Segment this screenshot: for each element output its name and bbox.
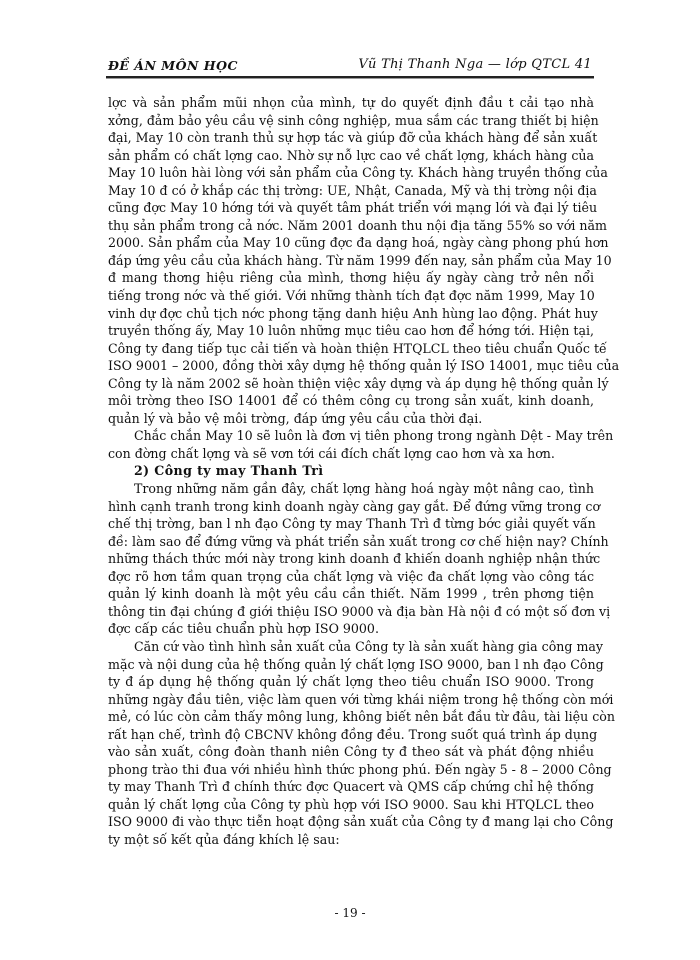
paragraph: Trong những năm gần đây, chất lợng hàng … [108, 480, 594, 638]
text-line: đ mang thơng hiệu riêng của mình, thơng … [108, 269, 594, 287]
text-line: phong trào thi đua với nhiều hình thức p… [108, 761, 594, 779]
text-line: sản phẩm có chất lợng cao. Nhờ sự nỗ lực… [108, 147, 594, 165]
text-line: môi trờng theo ISO 14001 để có thêm công… [108, 392, 594, 410]
text-line: 2000. Sản phẩm của May 10 cũng đợc đa dạ… [108, 234, 594, 252]
text-line: mẻ, có lúc còn cảm thấy mông lung, không… [108, 708, 594, 726]
text-line: Chắc chắn May 10 sẽ luôn là đơn vị tiên … [108, 427, 594, 445]
text-line: quản lý chất lợng của Công ty phù hợp vớ… [108, 796, 594, 814]
page-number: - 19 - [0, 906, 700, 920]
text-line: con đờng chất lợng và sẽ vơn tới cái đíc… [108, 445, 594, 463]
text-line: quản lý và bảo vệ môi trờng, đáp ứng yêu… [108, 410, 594, 428]
header-author: Vũ Thị Thanh Nga — lớp QTCL 41 [358, 57, 592, 72]
document-page: ĐỀ ÁN MÔN HỌC Vũ Thị Thanh Nga — lớp QTC… [0, 0, 700, 960]
text-line: ty một số kết qủa đáng khích lệ sau: [108, 831, 594, 849]
text-line: lợc và sản phẩm mũi nhọn của mình, tự do… [108, 94, 594, 112]
text-line: truyền thống ấy, May 10 luôn những mục t… [108, 322, 594, 340]
text-line: Căn cứ vào tình hình sản xuất của Công t… [108, 638, 594, 656]
text-line: Công ty đang tiếp tục cải tiến và hoàn t… [108, 340, 594, 358]
text-line: đại, May 10 còn tranh thủ sự hợp tác và … [108, 129, 594, 147]
text-line: Công ty là năm 2002 sẽ hoàn thiện việc x… [108, 375, 594, 393]
text-line: những thách thức mới này trong kinh doan… [108, 550, 594, 568]
document-body: lợc và sản phẩm mũi nhọn của mình, tự do… [108, 94, 594, 849]
text-line: rất hạn chế, trình độ CBCNV không đồng đ… [108, 726, 594, 744]
text-line: đợc cấp các tiêu chuẩn phù hợp ISO 9000. [108, 620, 594, 638]
text-line: ty đ áp dụng hệ thống quản lý chất lợng … [108, 673, 594, 691]
text-line: đề: làm sao để đứng vững và phát triển s… [108, 533, 594, 551]
text-line: chế thị trờng, ban l nh đạo Công ty may … [108, 515, 594, 533]
text-line: ISO 9001 – 2000, đồng thời xây dựng hệ t… [108, 357, 594, 375]
text-line: mặc và nội dung của hệ thống quản lý chấ… [108, 656, 594, 674]
text-line: thông tin đại chúng đ giới thiệu ISO 900… [108, 603, 594, 621]
text-line: cũng đợc May 10 hớng tới và quyết tâm ph… [108, 199, 594, 217]
text-line: vào sản xuất, công đoàn thanh niên Công … [108, 743, 594, 761]
text-line: May 10 luôn hài lòng với sản phẩm của Cô… [108, 164, 594, 182]
text-line: tiếng trong nớc và thế giới. Với những t… [108, 287, 594, 305]
text-line: những ngày đầu tiên, việc làm quen với t… [108, 691, 594, 709]
text-line: xởng, đảm bảo yêu cầu vệ sinh công nghiệ… [108, 112, 594, 130]
text-line: May 10 đ có ở khắp các thị trờng: UE, Nh… [108, 182, 594, 200]
text-line: ISO 9000 đi vào thực tiễn hoạt động sản … [108, 813, 594, 831]
paragraph: Chắc chắn May 10 sẽ luôn là đơn vị tiên … [108, 427, 594, 462]
text-line: đáp ứng yêu cầu của khách hàng. Từ năm 1… [108, 252, 594, 270]
text-line: Trong những năm gần đây, chất lợng hàng … [108, 480, 594, 498]
paragraph: Căn cứ vào tình hình sản xuất của Công t… [108, 638, 594, 849]
page-header: ĐỀ ÁN MÔN HỌC Vũ Thị Thanh Nga — lớp QTC… [106, 56, 594, 78]
section-heading: 2) Công ty may Thanh Trì [108, 462, 594, 480]
text-line: thụ sản phẩm trong cả nớc. Năm 2001 doan… [108, 217, 594, 235]
text-line: ty may Thanh Trì đ chính thức đợc Quacer… [108, 778, 594, 796]
paragraph: lợc và sản phẩm mũi nhọn của mình, tự do… [108, 94, 594, 427]
text-line: vinh dự đợc chủ tịch nớc phong tặng danh… [108, 305, 594, 323]
text-line: đợc rõ hơn tầm quan trọng của chất lợng … [108, 568, 594, 586]
text-line: quản lý kinh doanh là một yêu cầu cần th… [108, 585, 594, 603]
text-line: hình cạnh tranh trong kinh doanh ngày cà… [108, 498, 594, 516]
header-course-title: ĐỀ ÁN MÔN HỌC [108, 58, 238, 73]
